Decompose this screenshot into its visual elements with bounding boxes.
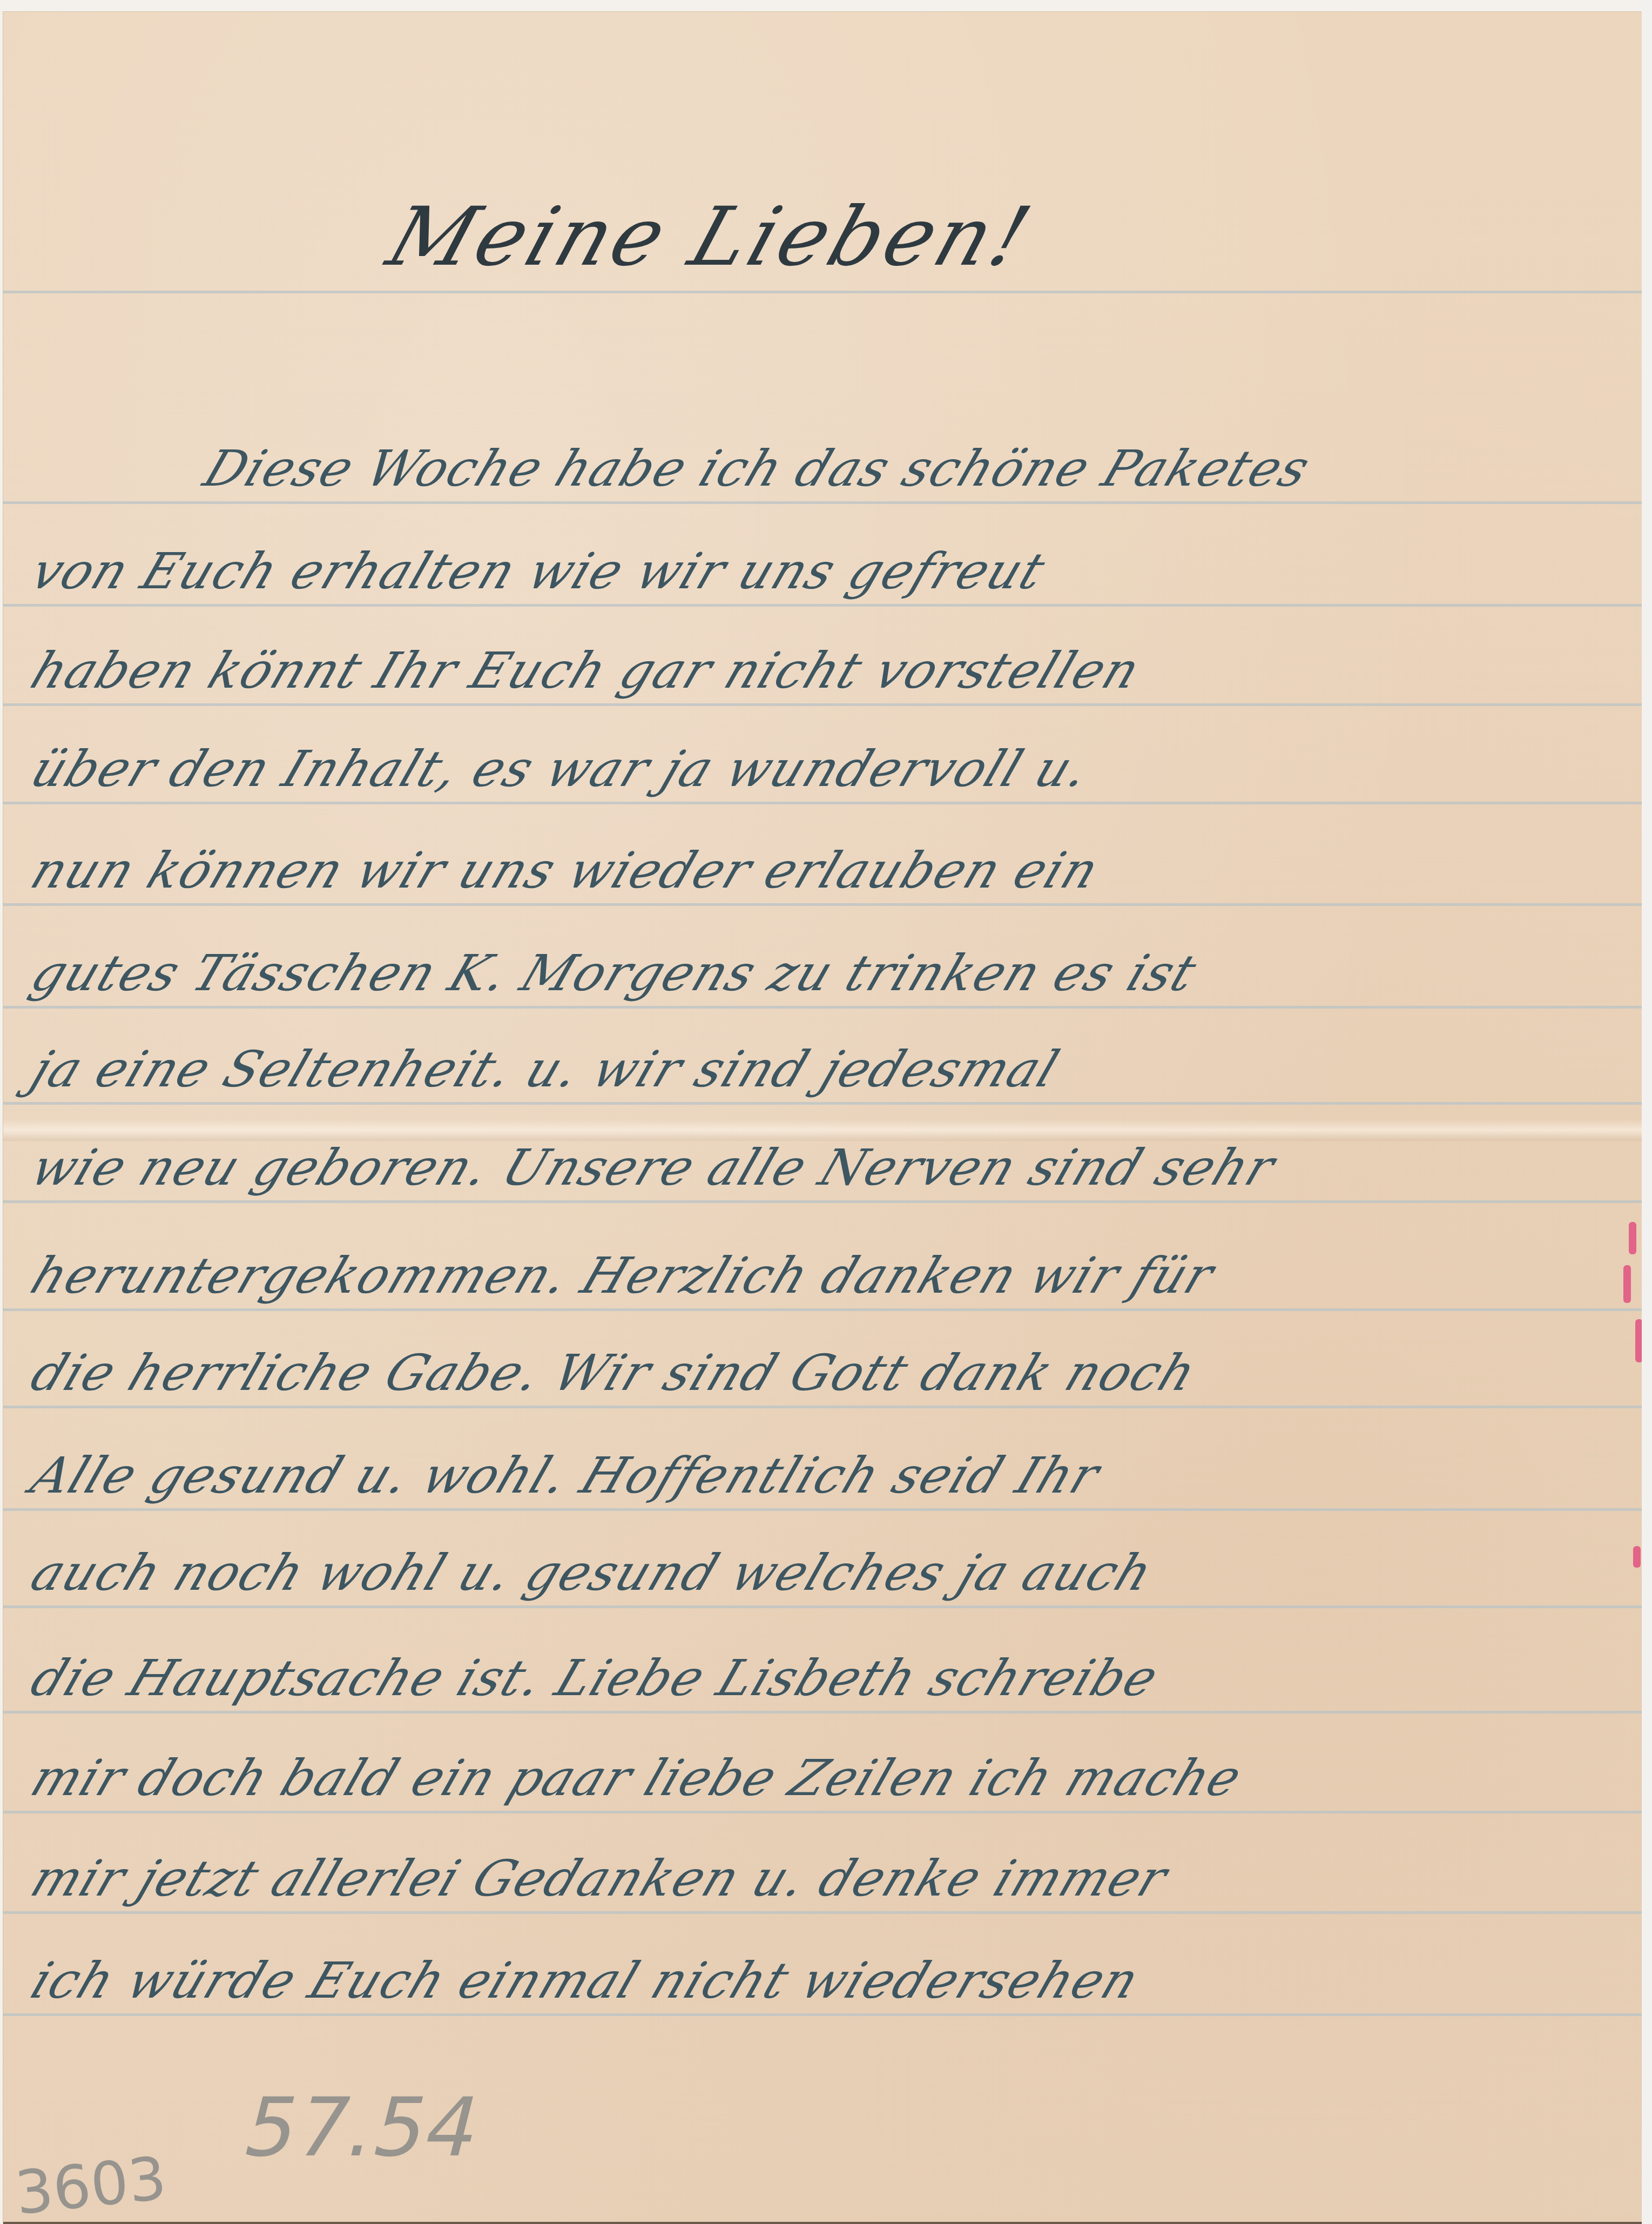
letter-line: ja eine Seltenheit. u. wir sind jedesmal xyxy=(25,1045,1642,1094)
letter-line: haben könnt Ihr Euch gar nicht vorstelle… xyxy=(25,646,1642,696)
letter-line: mir jetzt allerlei Gedanken u. denke imm… xyxy=(25,1854,1642,1904)
pink-mark xyxy=(1623,1265,1631,1303)
ruled-line xyxy=(3,1308,1642,1311)
pink-mark xyxy=(1633,1546,1641,1568)
letter-line: die Hauptsache ist. Liebe Lisbeth schrei… xyxy=(25,1654,1642,1703)
letter-line: gutes Tässchen K. Morgens zu trinken es … xyxy=(25,949,1642,998)
letter-line: heruntergekommen. Herzlich danken wir fü… xyxy=(25,1251,1642,1301)
letter-line: auch noch wohl u. gesund welches ja auch xyxy=(25,1548,1642,1598)
ruled-line xyxy=(3,1911,1642,1914)
letter-line: Alle gesund u. wohl. Hoffentlich seid Ih… xyxy=(25,1451,1642,1501)
ruled-line xyxy=(3,291,1642,293)
ruled-line xyxy=(3,802,1642,804)
ruled-line xyxy=(3,703,1642,706)
pink-mark xyxy=(1635,1319,1642,1362)
letter-paper: Meine Lieben! Diese Woche habe ich das s… xyxy=(3,12,1642,2224)
paper-fold-crease xyxy=(3,1119,1642,1141)
ruled-line xyxy=(3,903,1642,906)
ruled-line xyxy=(3,1605,1642,1608)
letter-line: Diese Woche habe ich das schöne Paketes xyxy=(198,444,1642,494)
ruled-line xyxy=(3,1508,1642,1511)
ruled-line xyxy=(3,1200,1642,1203)
ruled-line xyxy=(3,2013,1642,2016)
letter-line: mir doch bald ein paar liebe Zeilen ich … xyxy=(25,1753,1642,1803)
salutation: Meine Lieben! xyxy=(377,190,1044,284)
scan-margin xyxy=(1642,0,1652,2224)
ruled-line xyxy=(3,1711,1642,1714)
pencil-annotation-number: 57.54 xyxy=(234,2081,490,2175)
ruled-line xyxy=(3,604,1642,607)
pink-mark xyxy=(1629,1222,1636,1254)
ruled-line xyxy=(3,1006,1642,1009)
archive-number-annotation: 3603 xyxy=(12,2144,170,2224)
ruled-line xyxy=(3,1811,1642,1813)
letter-line: die herrliche Gabe. Wir sind Gott dank n… xyxy=(25,1348,1642,1398)
ruled-line xyxy=(3,1406,1642,1408)
ruled-line xyxy=(3,1102,1642,1105)
ruled-line xyxy=(3,501,1642,504)
letter-line: ich würde Euch einmal nicht wiedersehen xyxy=(25,1956,1642,2006)
letter-line: wie neu geboren. Unsere alle Nerven sind… xyxy=(25,1143,1642,1193)
letter-line: von Euch erhalten wie wir uns gefreut xyxy=(25,547,1642,596)
letter-line: über den Inhalt, es war ja wundervoll u. xyxy=(25,744,1642,794)
letter-line: nun können wir uns wieder erlauben ein xyxy=(25,846,1642,896)
